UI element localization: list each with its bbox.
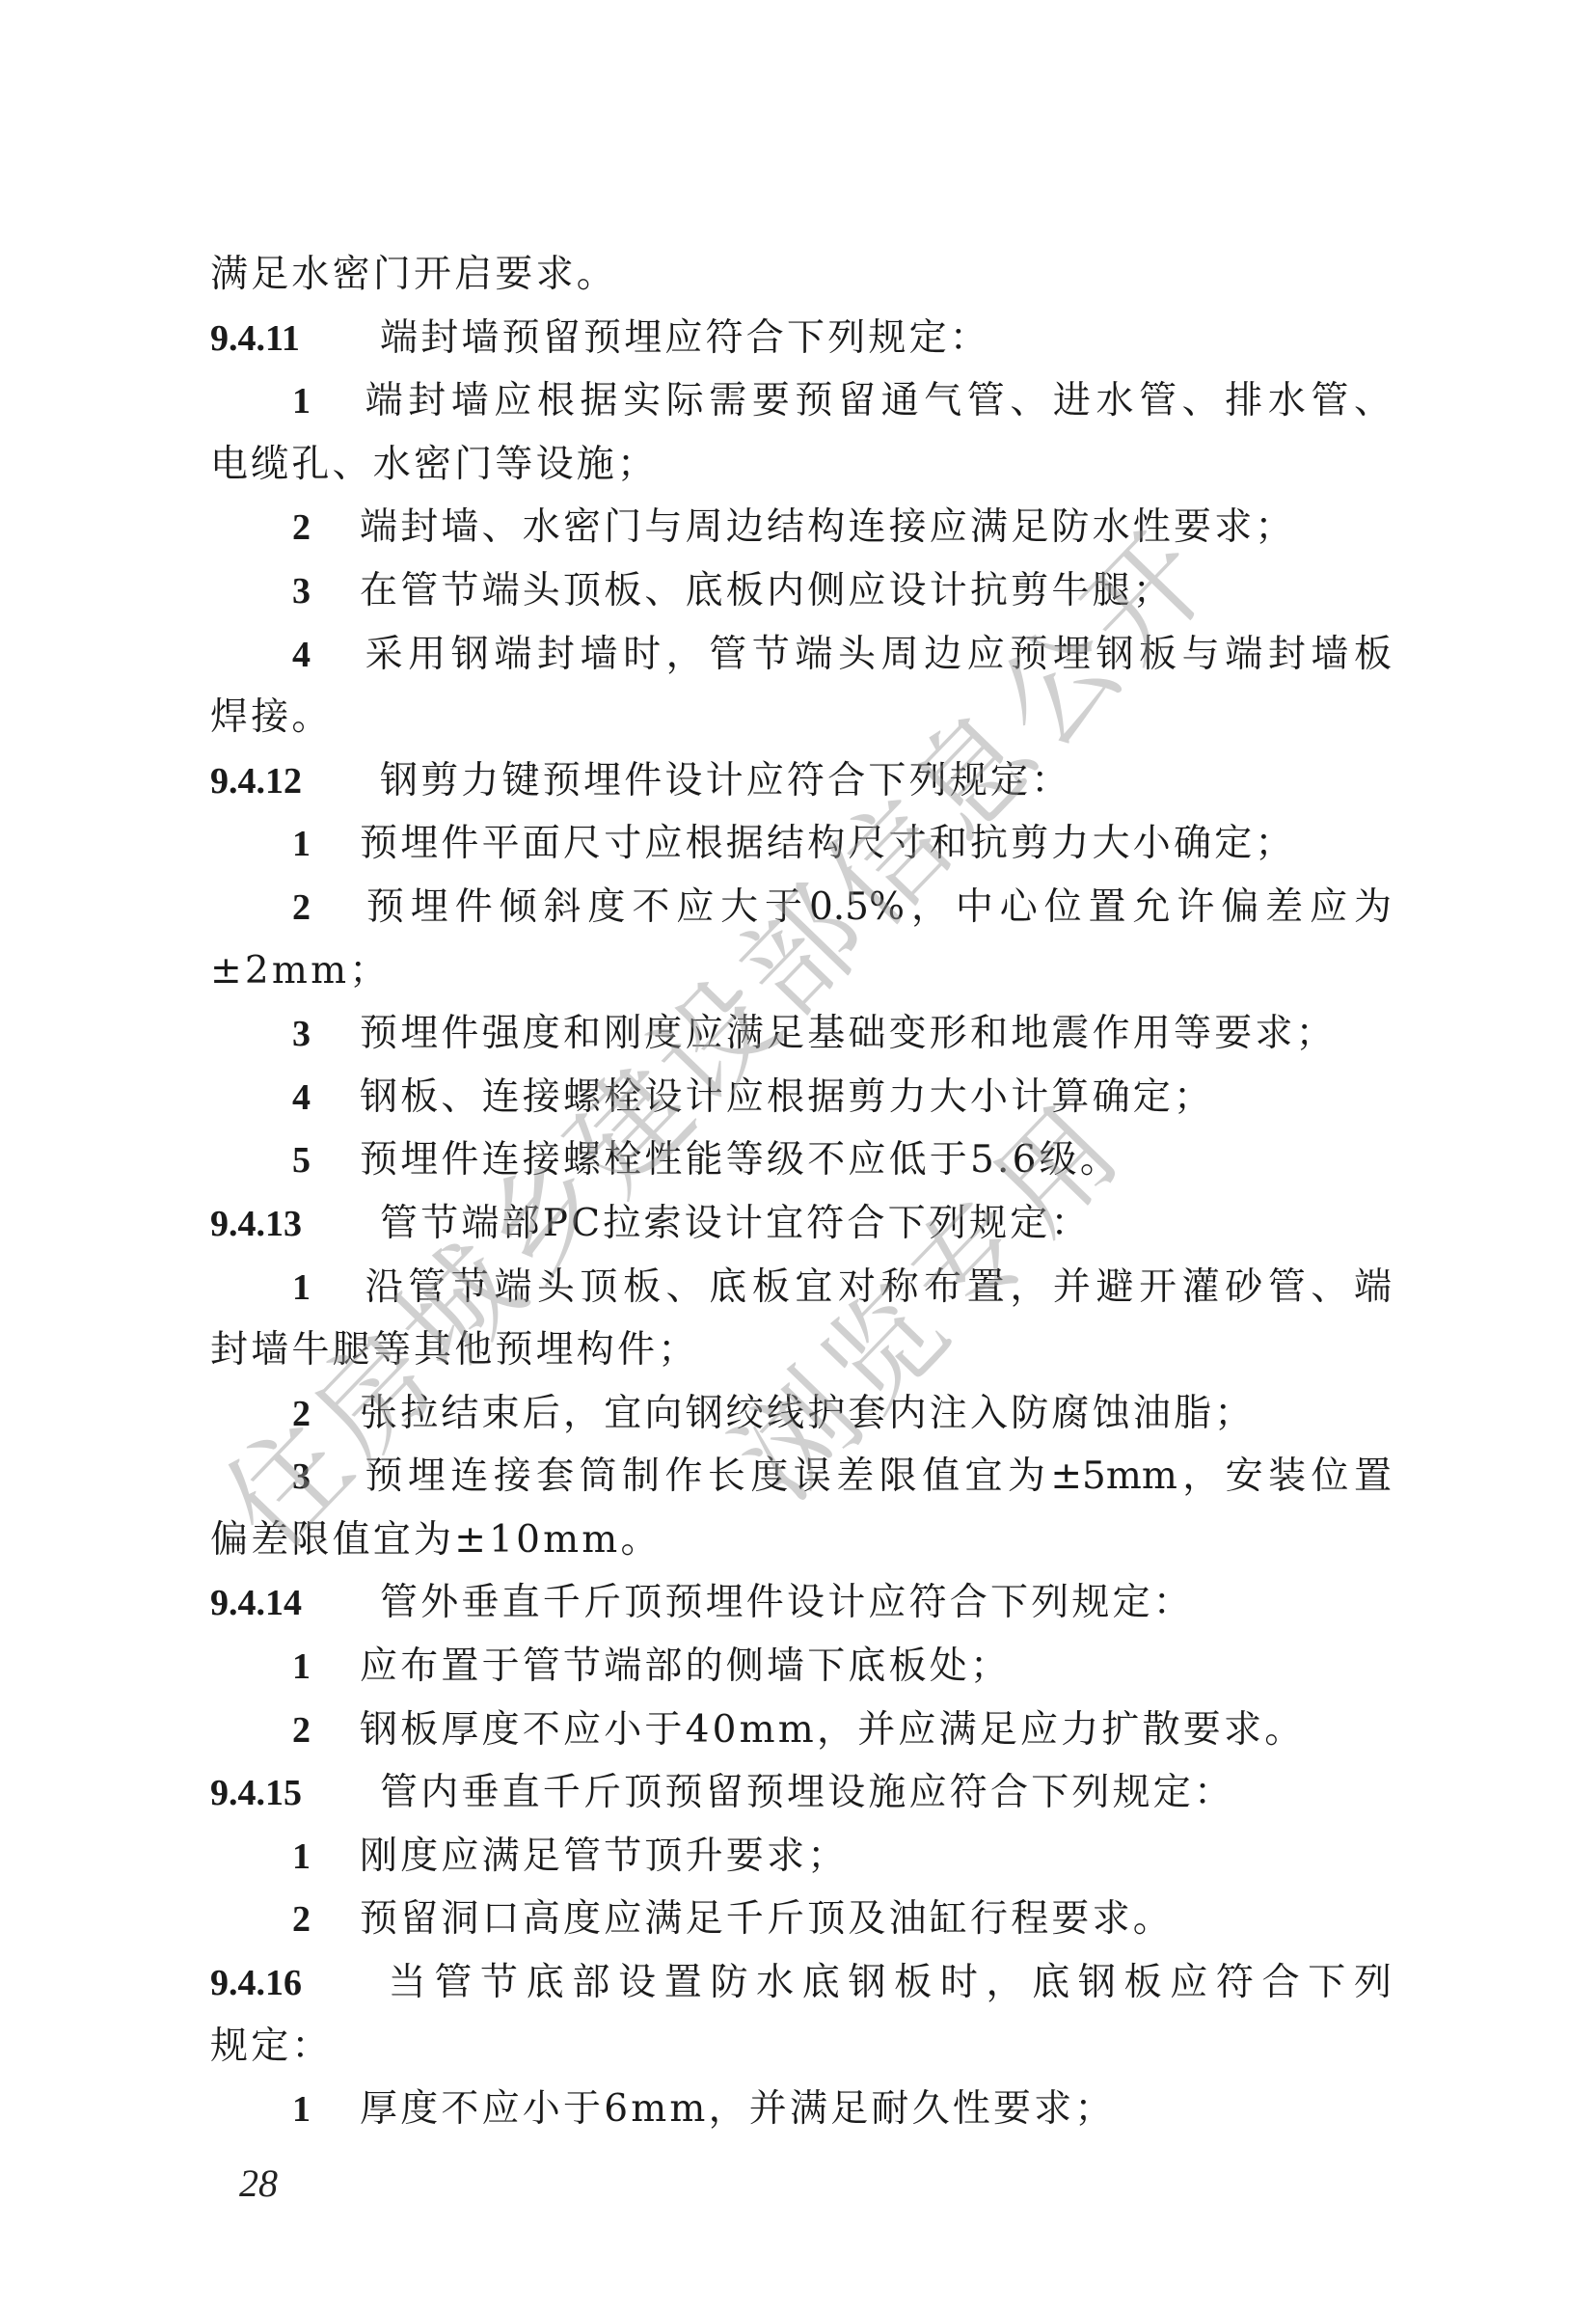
list-item: 1沿管节端头顶板、底板宜对称布置，并避开灌砂管、端 xyxy=(210,1256,1392,1319)
clause-heading: 9.4.12钢剪力键预埋件设计应符合下列规定： xyxy=(210,749,1392,813)
clause-text: 当管节底部设置防水底钢板时，底钢板应符合下列 xyxy=(380,1961,1392,2004)
page-body: 满足水密门开启要求。 9.4.11端封墙预留预埋应符合下列规定： 1端封墙应根据… xyxy=(210,243,1392,2141)
clause-text: 钢剪力键预埋件设计应符合下列规定： xyxy=(380,759,1071,802)
continuation-line: 满足水密门开启要求。 xyxy=(210,243,1392,307)
clause-text: 管内垂直千斤顶预留预埋设施应符合下列规定： xyxy=(380,1771,1234,1814)
clause-heading: 9.4.14管外垂直千斤顶预埋件设计应符合下列规定： xyxy=(210,1571,1392,1635)
clause-number: 9.4.14 xyxy=(210,1572,380,1636)
line-text: 偏差限值宜为±10mm。 xyxy=(210,1518,662,1562)
clause-number: 9.4.15 xyxy=(210,1762,380,1826)
item-text: 预埋件强度和刚度应满足基础变形和地震作用等要求； xyxy=(360,1012,1337,1055)
clause-text: 管外垂直千斤顶预埋件设计应符合下列规定： xyxy=(380,1581,1194,1624)
list-item: 1厚度不应小于6mm，并满足耐久性要求； xyxy=(210,2078,1392,2141)
list-item: 5预埋件连接螺栓性能等级不应低于5.6级。 xyxy=(210,1128,1392,1192)
list-item: 1预埋件平面尺寸应根据结构尺寸和抗剪力大小确定； xyxy=(210,812,1392,876)
item-number: 3 xyxy=(292,1003,360,1067)
item-number: 1 xyxy=(292,1826,360,1890)
item-number: 1 xyxy=(292,2079,360,2142)
item-text: 厚度不应小于6mm，并满足耐久性要求； xyxy=(360,2087,1116,2131)
line-text: 焊接。 xyxy=(210,695,333,739)
clause-heading: 9.4.13管节端部PC拉索设计宜符合下列规定： xyxy=(210,1192,1392,1256)
item-number: 4 xyxy=(292,624,360,688)
list-item: 3预埋件强度和刚度应满足基础变形和地震作用等要求； xyxy=(210,1002,1392,1066)
item-number: 4 xyxy=(292,1067,360,1130)
list-item: 2钢板厚度不应小于40mm，并应满足应力扩散要求。 xyxy=(210,1699,1392,1762)
clause-number: 9.4.11 xyxy=(210,308,380,371)
item-text: 预留洞口高度应满足千斤顶及油缸行程要求。 xyxy=(360,1897,1174,1941)
continuation-line: 焊接。 xyxy=(210,686,1392,749)
clause-number: 9.4.16 xyxy=(210,1952,380,2016)
item-text: 应布置于管节端部的侧墙下底板处； xyxy=(360,1645,1011,1688)
item-text: 预埋件连接螺栓性能等级不应低于5.6级。 xyxy=(360,1138,1121,1182)
line-text: 满足水密门开启要求。 xyxy=(210,253,617,296)
list-item: 3预埋连接套筒制作长度误差限值宜为±5mm，安装位置 xyxy=(210,1445,1392,1509)
continuation-line: 电缆孔、水密门等设施； xyxy=(210,433,1392,497)
list-item: 3在管节端头顶板、底板内侧应设计抗剪牛腿； xyxy=(210,559,1392,623)
item-number: 3 xyxy=(292,560,360,624)
list-item: 2预留洞口高度应满足千斤顶及油缸行程要求。 xyxy=(210,1888,1392,1951)
item-number: 2 xyxy=(292,497,360,560)
line-text: 电缆孔、水密门等设施； xyxy=(210,443,658,486)
item-number: 2 xyxy=(292,1699,360,1763)
line-text: 规定： xyxy=(210,2025,333,2068)
document-page: 满足水密门开启要求。 9.4.11端封墙预留预埋应符合下列规定： 1端封墙应根据… xyxy=(0,0,1596,2311)
list-item: 1端封墙应根据实际需要预留通气管、进水管、排水管、 xyxy=(210,369,1392,433)
item-text: 端封墙、水密门与周边结构连接应满足防水性要求； xyxy=(360,505,1296,549)
clause-heading: 9.4.11端封墙预留预埋应符合下列规定： xyxy=(210,307,1392,370)
item-number: 3 xyxy=(292,1446,360,1509)
list-item: 4采用钢端封墙时，管节端头周边应预埋钢板与端封墙板 xyxy=(210,623,1392,687)
item-number: 1 xyxy=(292,1636,360,1699)
list-item: 2端封墙、水密门与周边结构连接应满足防水性要求； xyxy=(210,496,1392,559)
item-number: 1 xyxy=(292,813,360,877)
line-text: ±2mm； xyxy=(210,949,390,992)
item-number: 1 xyxy=(292,1257,360,1320)
item-text: 沿管节端头顶板、底板宜对称布置，并避开灌砂管、端 xyxy=(360,1265,1392,1309)
clause-text: 管节端部PC拉索设计宜符合下列规定： xyxy=(380,1202,1092,1245)
item-text: 钢板厚度不应小于40mm，并应满足应力扩散要求。 xyxy=(360,1708,1305,1752)
list-item: 1刚度应满足管节顶升要求； xyxy=(210,1825,1392,1889)
item-text: 钢板、连接螺栓设计应根据剪力大小计算确定； xyxy=(360,1075,1214,1119)
clause-heading: 9.4.16当管节底部设置防水底钢板时，底钢板应符合下列 xyxy=(210,1951,1392,2015)
clause-text: 端封墙预留预埋应符合下列规定： xyxy=(380,316,990,360)
clause-number: 9.4.13 xyxy=(210,1193,380,1257)
continuation-line: 偏差限值宜为±10mm。 xyxy=(210,1509,1392,1572)
item-text: 预埋连接套筒制作长度误差限值宜为±5mm，安装位置 xyxy=(360,1455,1392,1498)
clause-heading: 9.4.15管内垂直千斤顶预留预埋设施应符合下列规定： xyxy=(210,1761,1392,1825)
list-item: 2预埋件倾斜度不应大于0.5%，中心位置允许偏差应为 xyxy=(210,876,1392,939)
continuation-line: 封墙牛腿等其他预埋构件； xyxy=(210,1319,1392,1382)
line-text: 封墙牛腿等其他预埋构件； xyxy=(210,1328,698,1372)
item-text: 张拉结束后，宜向钢绞线护套内注入防腐蚀油脂； xyxy=(360,1392,1255,1435)
page-number: 28 xyxy=(239,2161,278,2206)
item-text: 采用钢端封墙时，管节端头周边应预埋钢板与端封墙板 xyxy=(360,633,1392,676)
continuation-line: 规定： xyxy=(210,2015,1392,2079)
item-text: 预埋件倾斜度不应大于0.5%，中心位置允许偏差应为 xyxy=(360,885,1392,929)
continuation-line: ±2mm； xyxy=(210,939,1392,1003)
list-item: 1应布置于管节端部的侧墙下底板处； xyxy=(210,1635,1392,1699)
clause-number: 9.4.12 xyxy=(210,750,380,814)
item-text: 预埋件平面尺寸应根据结构尺寸和抗剪力大小确定； xyxy=(360,822,1296,865)
list-item: 4钢板、连接螺栓设计应根据剪力大小计算确定； xyxy=(210,1066,1392,1129)
item-number: 2 xyxy=(292,1889,360,1952)
item-text: 端封墙应根据实际需要预留通气管、进水管、排水管、 xyxy=(360,379,1392,422)
item-number: 2 xyxy=(292,1383,360,1447)
item-text: 在管节端头顶板、底板内侧应设计抗剪牛腿； xyxy=(360,569,1174,612)
item-text: 刚度应满足管节顶升要求； xyxy=(360,1835,848,1878)
item-number: 2 xyxy=(292,877,360,940)
item-number: 1 xyxy=(292,370,360,434)
item-number: 5 xyxy=(292,1129,360,1193)
list-item: 2张拉结束后，宜向钢绞线护套内注入防腐蚀油脂； xyxy=(210,1382,1392,1446)
